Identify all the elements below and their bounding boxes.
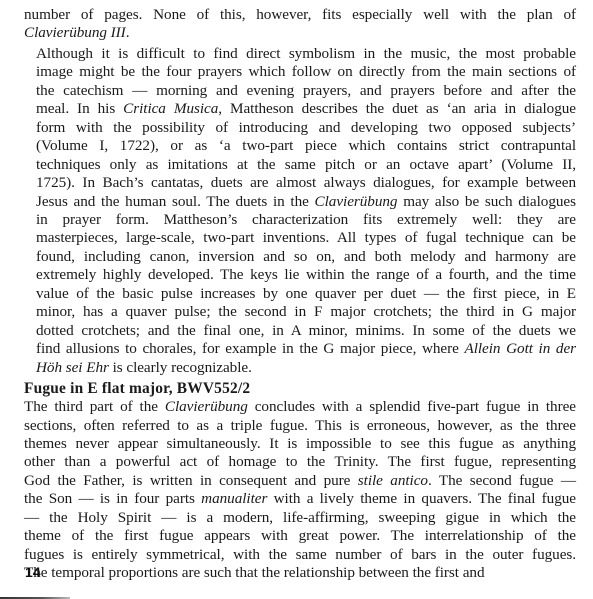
text-line: number of pages. None of this, however, … [24, 6, 576, 24]
text-run: image might be the four prayers which fo… [36, 63, 576, 80]
text-line: Clavierübung III. [24, 24, 576, 42]
text-run: , Mattheson describes the duet as ‘an ar… [218, 100, 576, 117]
paragraph-duets: Although it is difficult to find direct … [24, 45, 576, 377]
text-run: sections, often referred to as a triple … [24, 417, 576, 434]
text-run: theme of the first fugue appears with gr… [24, 527, 576, 544]
text-run: other than a powerful act of homage to t… [24, 453, 576, 470]
text-line: find allusions to chorales, for example … [24, 340, 576, 358]
text-line: meal. In his Critica Musica, Mattheson d… [24, 100, 576, 118]
text-run: with a lively theme in quavers. The fina… [267, 490, 576, 507]
text-line: (Volume I, 1722), or as ‘a two-part piec… [24, 137, 576, 155]
text-run: in prayer form. Mattheson’s characteriza… [36, 211, 576, 228]
text-run: find allusions to chorales, for example … [36, 340, 464, 357]
text-line: the Son — is in four parts manualiter wi… [24, 490, 576, 508]
text-run: The third part of the [24, 398, 165, 415]
text-run: . The second fugue — [428, 472, 576, 489]
paragraph-continuation: number of pages. None of this, however, … [24, 6, 576, 43]
text-run: meal. In his [36, 100, 123, 117]
text-run: extremely highly developed. The keys lie… [36, 266, 576, 283]
text-run: — the Holy Spirit — is a modern, life-af… [24, 509, 576, 526]
text-line: image might be the four prayers which fo… [24, 63, 576, 81]
text-run: value of the basic pulse increases by on… [36, 285, 576, 302]
text-run: Although it is difficult to find direct … [36, 45, 576, 62]
text-run: themes never appear simultaneously. It i… [24, 435, 576, 452]
text-run: . [126, 24, 130, 41]
text-run: dotted crotchets; and the final one, in … [36, 322, 576, 339]
text-line: form with the possibility of introducing… [24, 119, 576, 137]
text-line: — the Holy Spirit — is a modern, life-af… [24, 509, 576, 527]
italic-text: Clavierübung [165, 398, 248, 415]
text-line: Höh sei Ehr is clearly recognizable. [24, 359, 576, 377]
text-run: found, including canon, inversion and so… [36, 248, 576, 265]
paragraph-fugue: The third part of the Clavierübung concl… [24, 398, 576, 583]
text-run: minor, has a quaver pulse; the second in… [36, 303, 576, 320]
text-line: fugues is entirely symmetrical, with the… [24, 546, 576, 564]
text-run: may also be such dialogues [397, 193, 576, 210]
text-run: masterpieces, large-scale, two-part inve… [36, 229, 576, 246]
section-heading: Fugue in E flat major, BWV552/2 [24, 379, 576, 398]
text-run: the catechism — morning and evening pray… [36, 82, 576, 99]
text-line: dotted crotchets; and the final one, in … [24, 322, 576, 340]
italic-text: manualiter [201, 490, 267, 507]
text-run: is clearly recognizable. [109, 359, 252, 376]
italic-text: Clavierübung [315, 193, 398, 210]
text-run: (Volume I, 1722), or as ‘a two-part piec… [36, 137, 576, 154]
text-line: 1725). In Bach’s cantatas, duets are alm… [24, 174, 576, 192]
document-page: number of pages. None of this, however, … [24, 6, 576, 583]
text-line: The temporal proportions are such that t… [24, 564, 576, 582]
text-line: value of the basic pulse increases by on… [24, 285, 576, 303]
text-line: other than a powerful act of homage to t… [24, 453, 576, 471]
text-run: Jesus and the human soul. The duets in t… [36, 193, 315, 210]
text-line: The third part of the Clavierübung concl… [24, 398, 576, 416]
text-line: masterpieces, large-scale, two-part inve… [24, 229, 576, 247]
text-run: number of pages. None of this, however, … [24, 6, 576, 23]
text-line: theme of the first fugue appears with gr… [24, 527, 576, 545]
text-line: Although it is difficult to find direct … [24, 45, 576, 63]
text-line: the catechism — morning and evening pray… [24, 82, 576, 100]
text-run: techniques only as imitations at the sam… [36, 156, 576, 173]
italic-text: stile antico [358, 472, 428, 489]
text-run: form with the possibility of introducing… [36, 119, 576, 136]
text-run: The temporal proportions are such that t… [24, 564, 485, 581]
text-line: found, including canon, inversion and so… [24, 248, 576, 266]
text-line: minor, has a quaver pulse; the second in… [24, 303, 576, 321]
italic-text: Clavierübung III [24, 24, 126, 41]
italic-text: Critica Musica [123, 100, 218, 117]
text-run: the Son — is in four parts [24, 490, 201, 507]
italic-text: Höh sei Ehr [36, 359, 109, 376]
text-run: fugues is entirely symmetrical, with the… [24, 546, 576, 563]
page-number: 14 [25, 564, 41, 580]
italic-text: Allein Gott in der [464, 340, 576, 357]
text-line: God the Father, is written in consequent… [24, 472, 576, 490]
text-run: God the Father, is written in consequent… [24, 472, 358, 489]
text-line: themes never appear simultaneously. It i… [24, 435, 576, 453]
text-line: Jesus and the human soul. The duets in t… [24, 193, 576, 211]
text-run: 1725). In Bach’s cantatas, duets are alm… [36, 174, 576, 191]
text-line: techniques only as imitations at the sam… [24, 156, 576, 174]
text-line: sections, often referred to as a triple … [24, 417, 576, 435]
text-line: extremely highly developed. The keys lie… [24, 266, 576, 284]
text-run: concludes with a splendid five-part fugu… [248, 398, 576, 415]
text-line: in prayer form. Mattheson’s characteriza… [24, 211, 576, 229]
